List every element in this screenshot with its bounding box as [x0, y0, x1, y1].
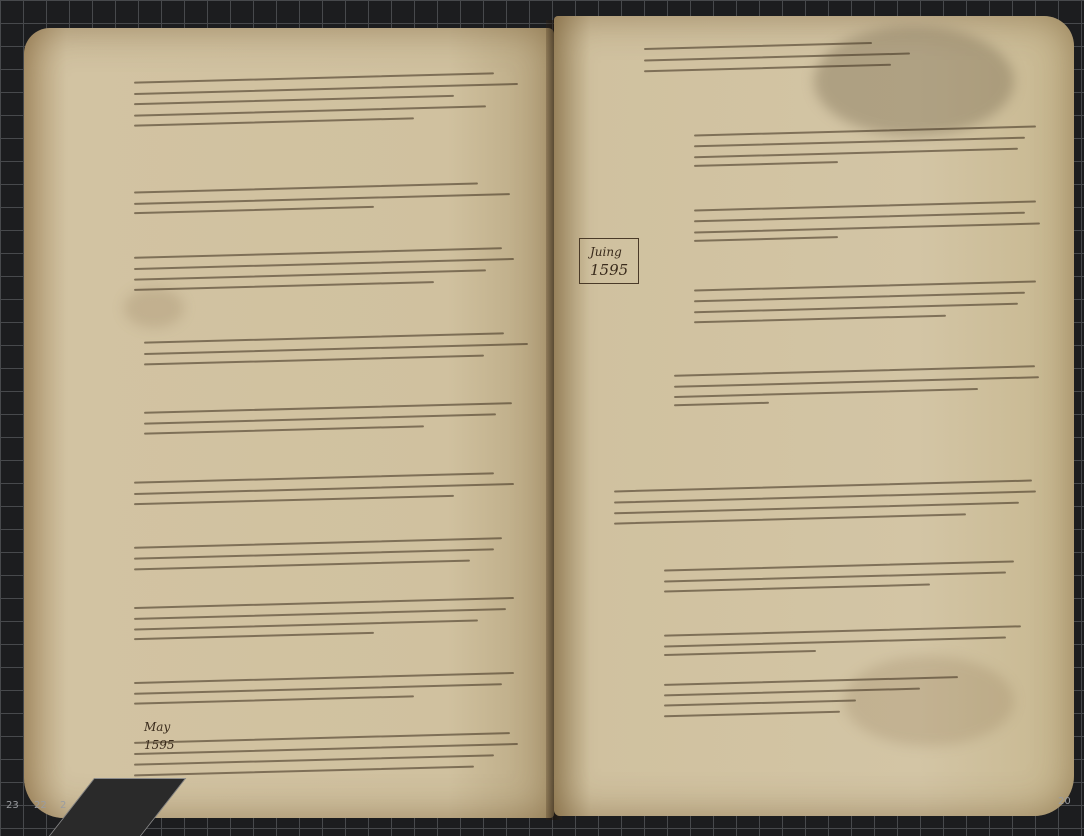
baptism-entry — [644, 36, 1024, 78]
margin-note-month: Juing — [590, 243, 628, 261]
baptism-entry — [134, 668, 534, 710]
baptism-entry — [144, 398, 544, 440]
baptism-entry — [614, 476, 1054, 529]
baptism-entry — [144, 328, 544, 370]
baptism-entry — [134, 178, 534, 220]
margin-note-may-1595: May 1595 — [144, 718, 175, 754]
baptism-entry — [134, 533, 534, 575]
baptism-entry — [134, 728, 534, 781]
baptism-entry — [694, 121, 1054, 174]
ruler-number: 20 — [1058, 796, 1071, 807]
baptism-entry — [694, 276, 1054, 329]
left-page: May 1595 — [24, 28, 554, 818]
ruler-number: 23 — [6, 800, 19, 811]
baptism-entry — [134, 593, 534, 646]
baptism-entry — [134, 468, 534, 510]
ruler-number: 22 — [34, 800, 47, 811]
margin-note-year: 1595 — [144, 736, 175, 754]
margin-note-month: May — [144, 718, 175, 736]
baptism-entry — [664, 621, 1044, 663]
margin-note-year: 1595 — [590, 261, 628, 279]
baptism-entry — [664, 556, 1044, 598]
baptism-entry — [694, 196, 1054, 249]
open-register-book: May 1595 Juing 1595 — [14, 10, 1082, 836]
baptism-entry — [134, 68, 534, 132]
right-page: Juing 1595 — [554, 16, 1074, 816]
baptism-entry — [674, 361, 1054, 414]
baptism-entry — [134, 243, 534, 296]
margin-note-juing-1595: Juing 1595 — [579, 238, 639, 284]
baptism-entry — [664, 671, 984, 724]
ruler-number: 2 — [60, 800, 66, 811]
